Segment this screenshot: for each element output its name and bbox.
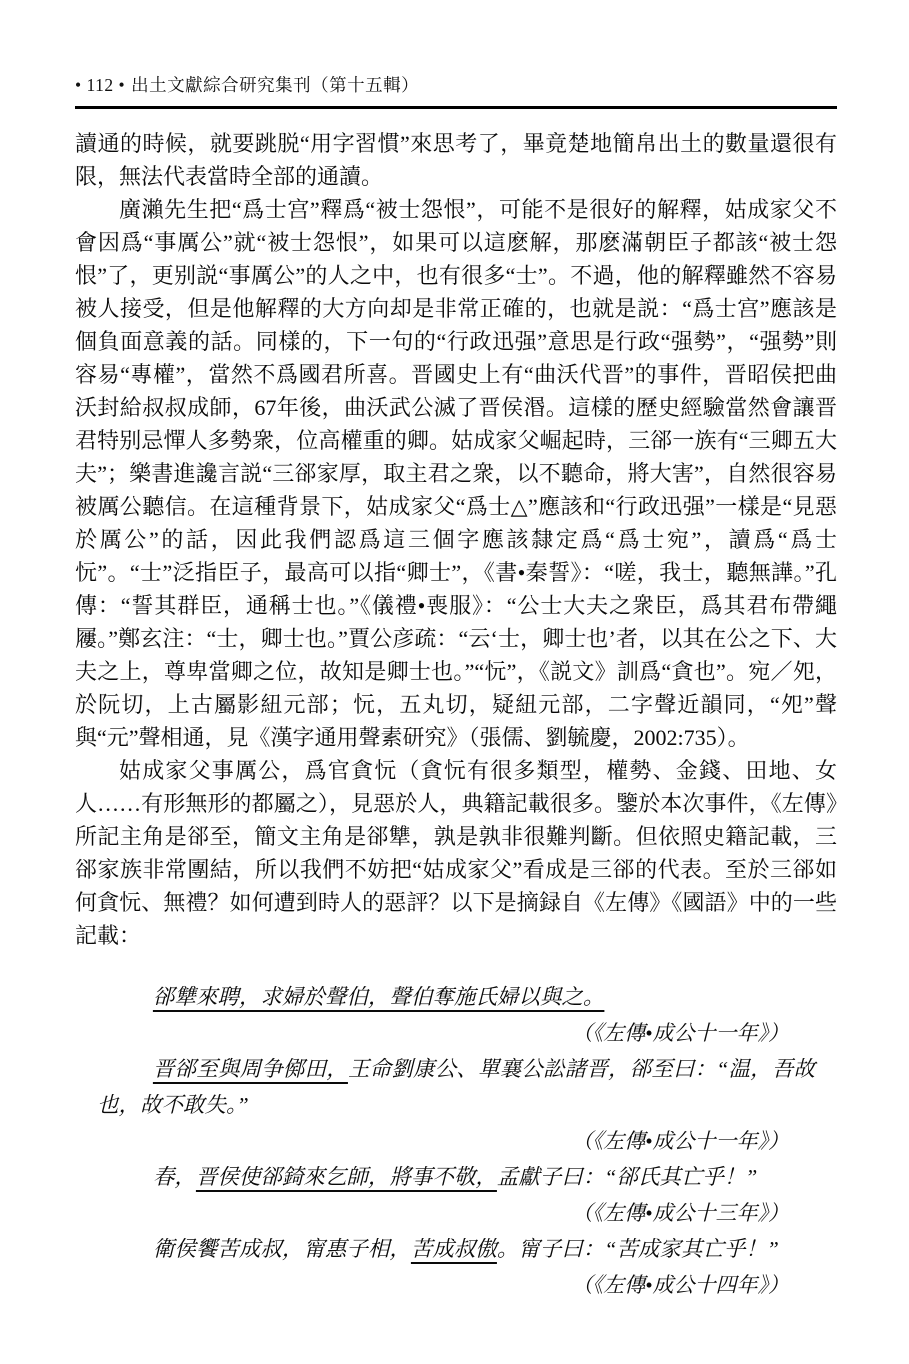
quote-block: 郤犨來聘，求婦於聲伯，聲伯奪施氏婦以與之。（《左傳•成公十一年》）晋郤至與周争鄇… <box>75 979 837 1303</box>
page-header: • 112 •出土文獻綜合研究集刊（第十五輯） <box>75 72 837 109</box>
quote-line: 衛侯饗苦成叔，甯惠子相，苦成叔傲。甯子曰：“苦成家其亡乎！” <box>97 1231 815 1267</box>
quote-line: 晋郤至與周争鄇田，王命劉康公、單襄公訟諸晋，郤至曰：“温，吾故也，故不敢失。” <box>97 1051 815 1123</box>
quote-line: 春，晋侯使郤錡來乞師，將事不敬，孟獻子曰：“郤氏其亡乎！” <box>97 1159 815 1195</box>
quote-text: 孟獻子曰：“郤氏其亡乎！” <box>497 1165 757 1189</box>
quote-attribution: （《左傳•成公十四年》） <box>75 1267 837 1303</box>
quote-underlined-text: 苦成叔傲 <box>411 1237 497 1261</box>
quote-text: 。甯子曰：“苦成家其亡乎！” <box>497 1237 779 1261</box>
article-body: 讀通的時候，就要跳脱“用字習慣”來思考了，畢竟楚地簡帛出土的數量還很有限，無法代… <box>75 127 837 1303</box>
quote-line: 郤犨來聘，求婦於聲伯，聲伯奪施氏婦以與之。 <box>97 979 815 1015</box>
paragraph: 姑成家父事厲公，爲官貪忨（貪忨有很多類型，權勢、金錢、田地、女人……有形無形的都… <box>75 754 837 952</box>
quote-text: 春， <box>153 1165 196 1189</box>
page-number: • 112 • <box>75 75 125 95</box>
quote-attribution: （《左傳•成公十一年》） <box>75 1123 837 1159</box>
quote-attribution: （《左傳•成公十一年》） <box>75 1015 837 1051</box>
paragraph: 讀通的時候，就要跳脱“用字習慣”來思考了，畢竟楚地簡帛出土的數量還很有限，無法代… <box>75 127 837 193</box>
paragraph: 廣瀨先生把“爲士宫”釋爲“被士怨恨”，可能不是很好的解釋，姑成家父不會因爲“事厲… <box>75 193 837 754</box>
quote-underlined-text: 郤犨來聘，求婦於聲伯，聲伯奪施氏婦以與之。 <box>153 985 605 1009</box>
quote-underlined-text: 晋郤至與周争鄇田， <box>153 1057 348 1081</box>
quote-text: 衛侯饗苦成叔，甯惠子相， <box>153 1237 411 1261</box>
body-paragraphs: 讀通的時候，就要跳脱“用字習慣”來思考了，畢竟楚地簡帛出土的數量還很有限，無法代… <box>75 127 837 952</box>
quote-attribution: （《左傳•成公十三年》） <box>75 1195 837 1231</box>
quote-underlined-text: 晋侯使郤錡來乞師，將事不敬， <box>196 1165 497 1189</box>
document-page: • 112 •出土文獻綜合研究集刊（第十五輯） 讀通的時候，就要跳脱“用字習慣”… <box>0 0 909 1364</box>
book-title: 出土文獻綜合研究集刊（第十五輯） <box>131 75 419 95</box>
